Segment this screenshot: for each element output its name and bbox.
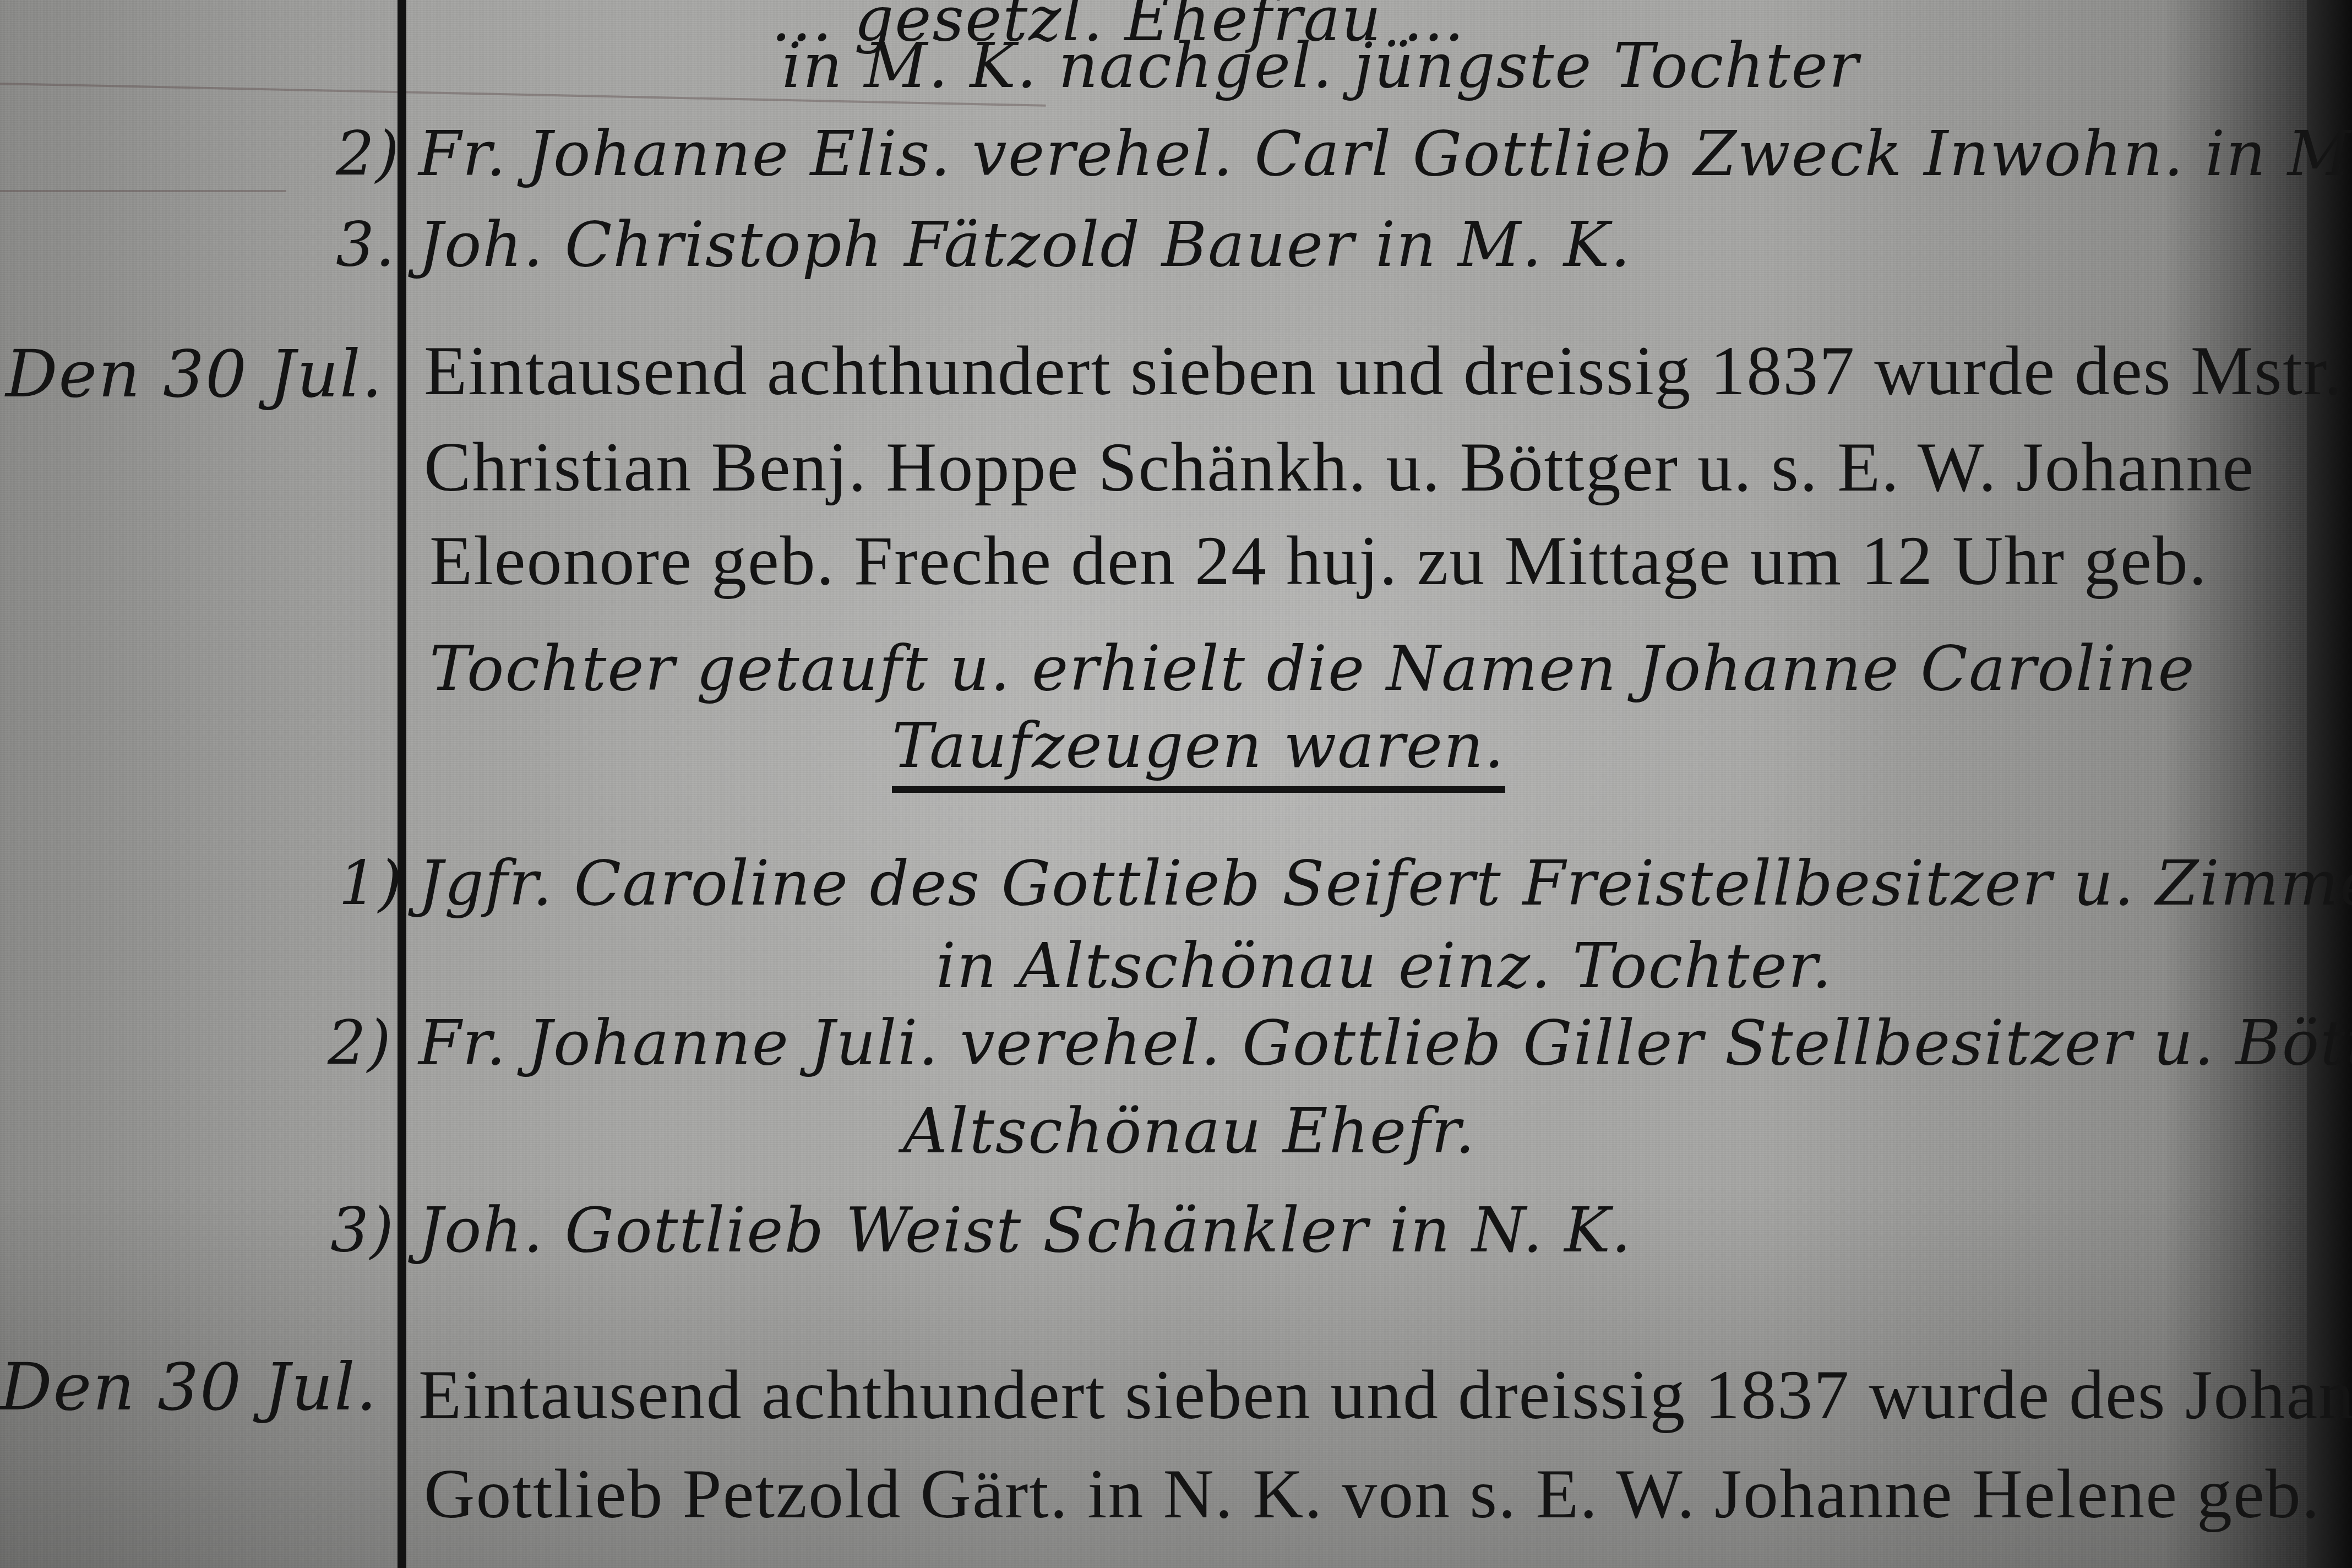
sponsor-number: 3. <box>336 209 396 280</box>
entry-line: Tochter getauft u. erhielt die Namen Joh… <box>429 633 2196 705</box>
sponsor-line: in Altschönau einz. Tochter. <box>936 930 1833 1002</box>
fragment-line-2: in M. K. nachgel. jüngste Tochter <box>782 30 1859 102</box>
sponsor-line: Altschönau Ehefr. <box>903 1096 1476 1167</box>
entry-line: Eintausend achthundert sieben und dreiss… <box>418 1354 2352 1435</box>
column-rule <box>398 0 406 1568</box>
sponsor-text: Fr. Johanne Elis. verehel. Carl Gottlieb… <box>418 118 2352 190</box>
entry-line: Christian Benj. Hoppe Schänkh. u. Böttge… <box>424 427 2255 508</box>
register-page: … gesetzl. Ehefrau … in M. K. nachgel. j… <box>0 0 2352 1568</box>
sponsors-heading: Taufzeugen waren. <box>892 710 1505 793</box>
entry-line: Eleonore geb. Freche den 24 huj. zu Mitt… <box>429 520 2208 601</box>
sponsor-number: 2) <box>336 118 400 189</box>
entry-date: Den 30 Jul. <box>6 336 383 412</box>
sponsor-line: Joh. Gottlieb Weist Schänkler in N. K. <box>418 1195 1632 1266</box>
sponsor-number: 3) <box>330 1195 395 1265</box>
entry-line: Gottlieb Petzold Gärt. in N. K. von s. E… <box>424 1453 2321 1534</box>
entry-date: Den 30 Jul. <box>0 1349 378 1425</box>
sponsor-number: 2) <box>328 1008 392 1078</box>
page-edge-shadow <box>2307 0 2352 1568</box>
entry-line: Eintausend achthundert sieben und dreiss… <box>424 330 2343 411</box>
sponsor-line: Fr. Johanne Juli. verehel. Gottlieb Gill… <box>418 1008 2352 1079</box>
sponsor-number: 1) <box>339 848 403 918</box>
sponsor-line: Jgfr. Caroline des Gottlieb Seifert Frei… <box>418 848 2352 919</box>
margin-ruling <box>0 190 286 192</box>
sponsor-text: Joh. Christoph Fätzold Bauer in M. K. <box>418 209 1631 281</box>
